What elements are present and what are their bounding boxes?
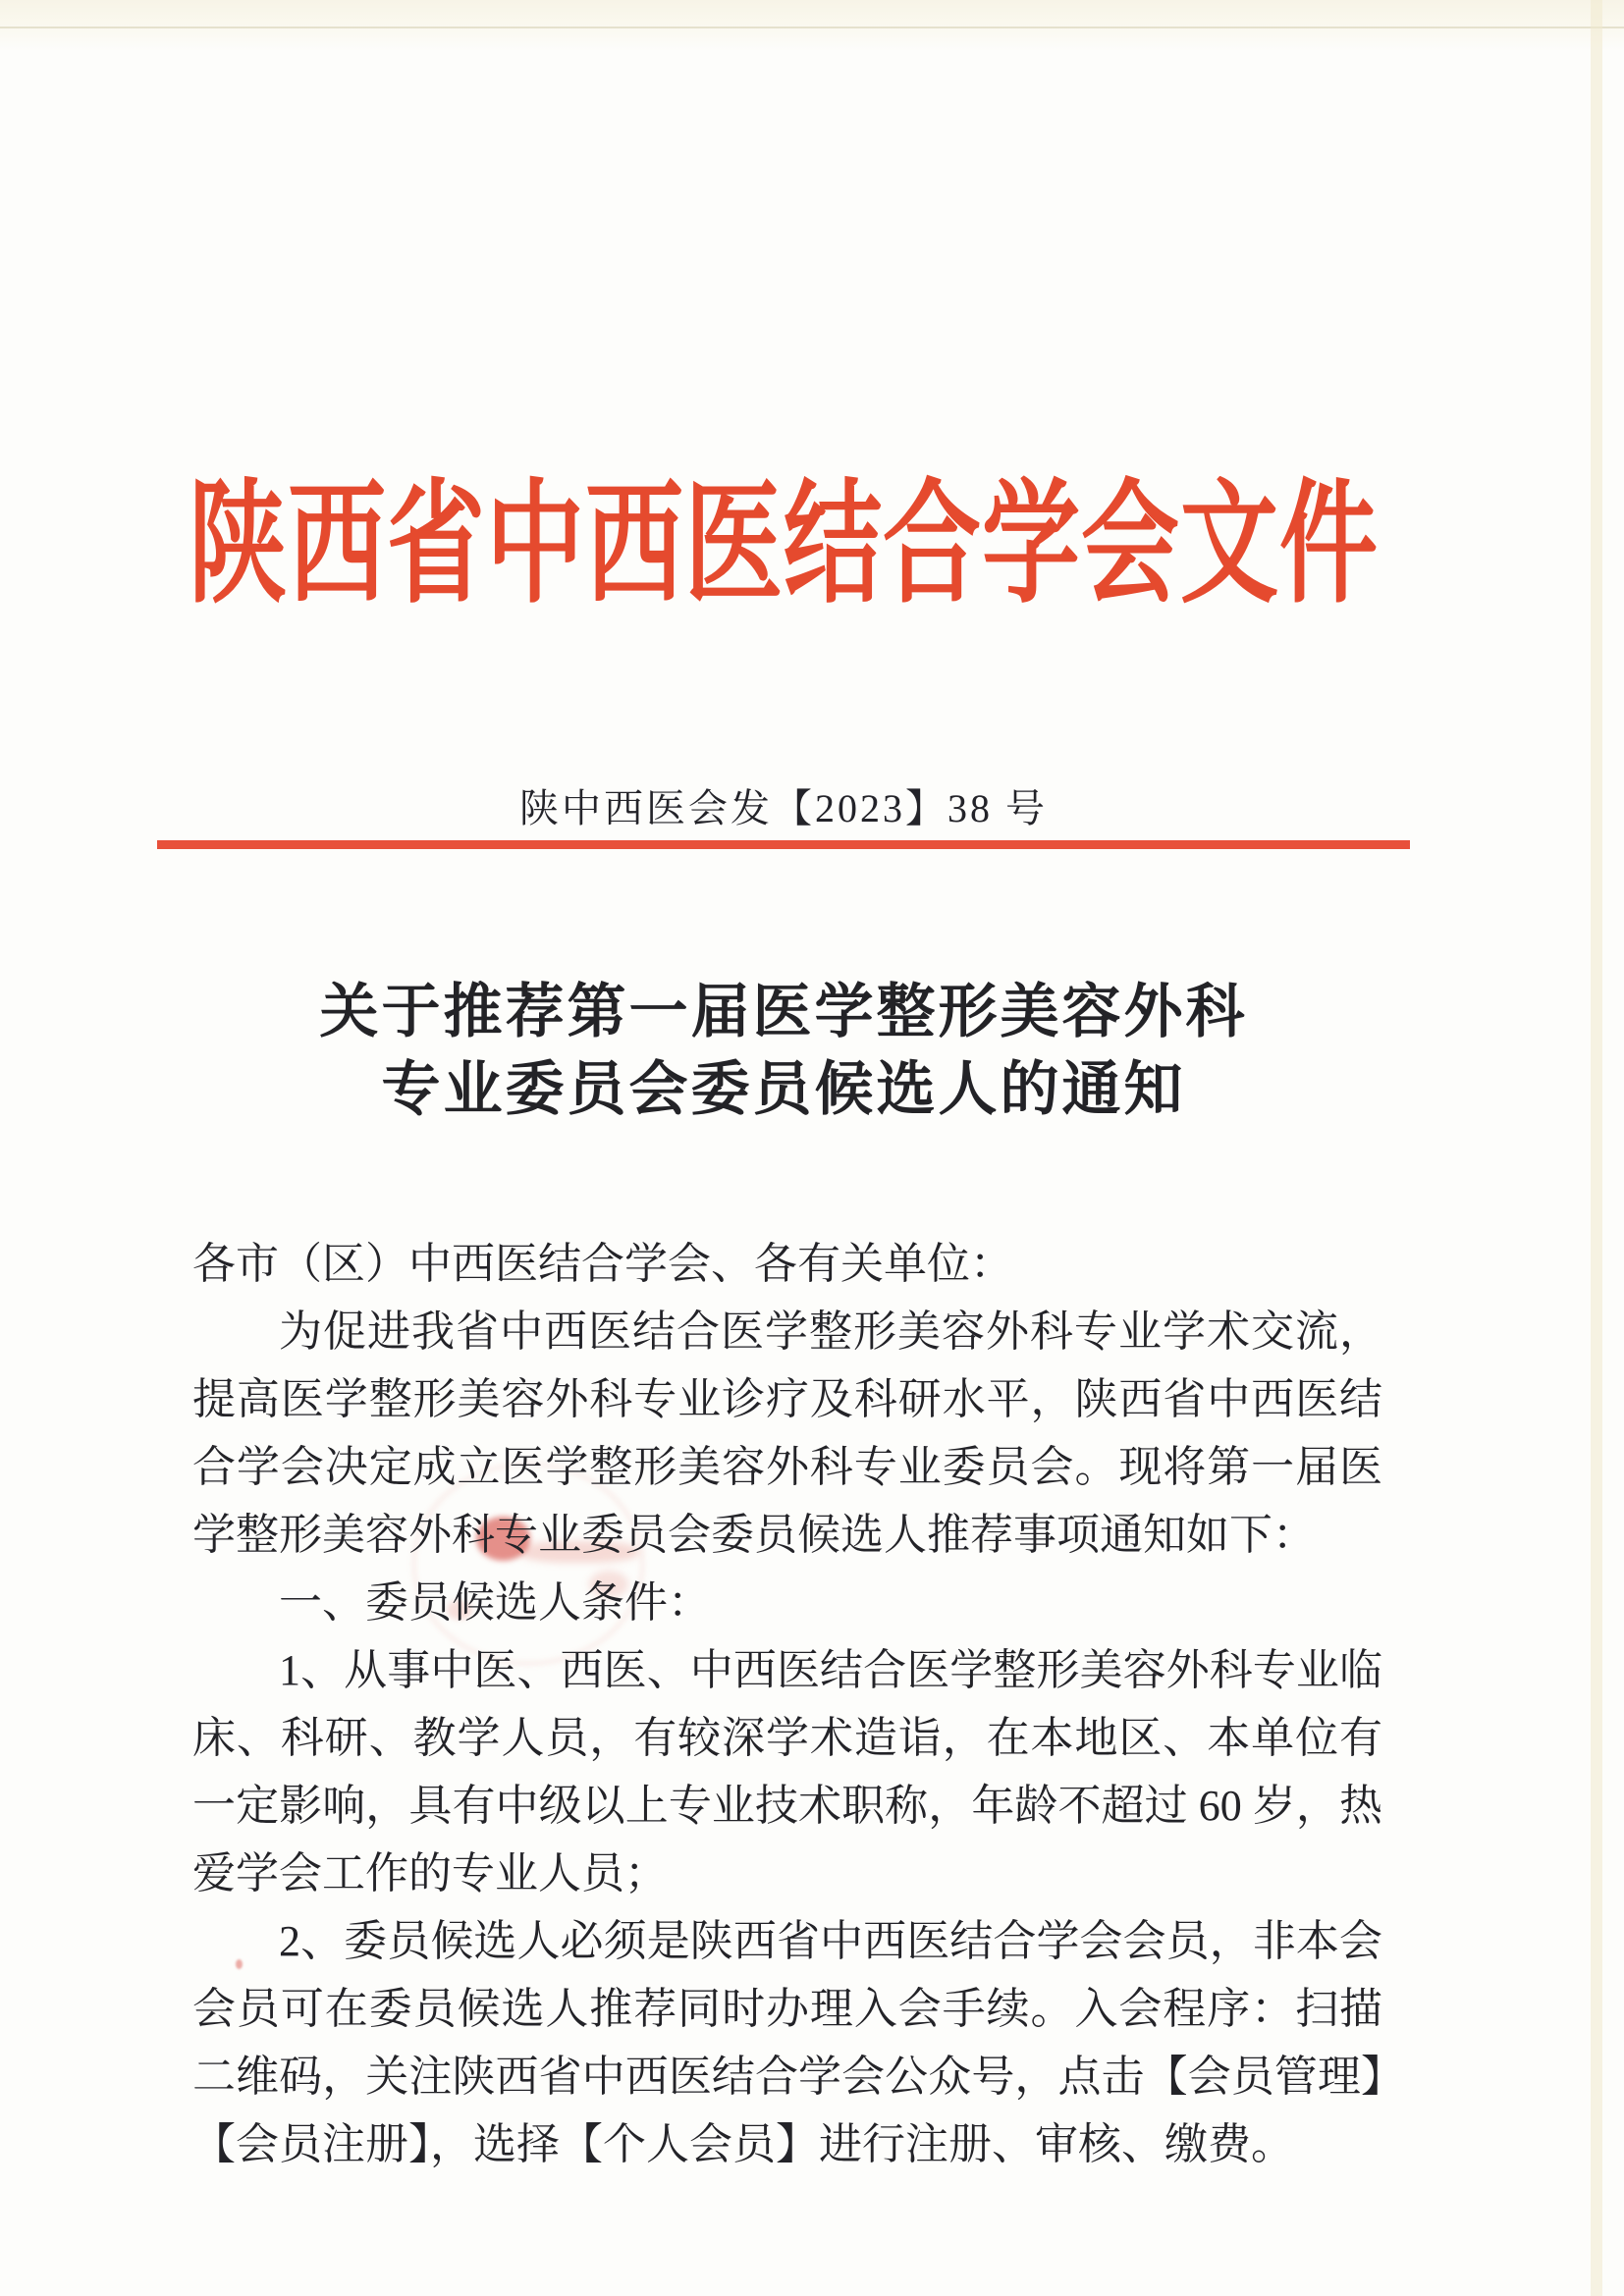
paragraph-condition-2: 2、委员候选人必须是陕西省中西医结合学会会员，非本会会员可在委员候选人推荐同时办…	[192, 1907, 1382, 2178]
notice-title-line1: 关于推荐第一届医学整形美容外科	[157, 974, 1410, 1051]
red-divider-rule	[157, 840, 1410, 849]
scan-top-edge-artifact	[0, 0, 1624, 51]
letterhead-title: 陕西省中西医结合学会文件	[157, 477, 1410, 614]
scan-top-line-artifact	[0, 27, 1624, 28]
paragraph-section-heading: 一、委员候选人条件：	[192, 1569, 1382, 1636]
notice-title: 关于推荐第一届医学整形美容外科 专业委员会委员候选人的通知	[157, 974, 1410, 1129]
paragraph-condition-1: 1、从事中医、西医、中西医结合医学整形美容外科专业临床、科研、教学人员，有较深学…	[192, 1636, 1382, 1907]
scan-right-edge-artifact	[1591, 0, 1602, 2296]
notice-title-line2: 专业委员会委员候选人的通知	[157, 1051, 1410, 1129]
salutation: 各市（区）中西医结合学会、各有关单位：	[192, 1230, 1382, 1298]
document-body: 各市（区）中西医结合学会、各有关单位： 为促进我省中西医结合医学整形美容外科专业…	[192, 1230, 1382, 2178]
paragraph-intro: 为促进我省中西医结合医学整形美容外科专业学术交流，提高医学整形美容外科专业诊疗及…	[192, 1298, 1382, 1569]
doc-number: 陕中西医会发【2023】38 号	[157, 785, 1410, 832]
letterhead-title-text: 陕西省中西医结合学会文件	[189, 453, 1379, 639]
scanned-document-page: 陕西省中西医结合学会文件 陕中西医会发【2023】38 号 关于推荐第一届医学整…	[0, 0, 1624, 2296]
